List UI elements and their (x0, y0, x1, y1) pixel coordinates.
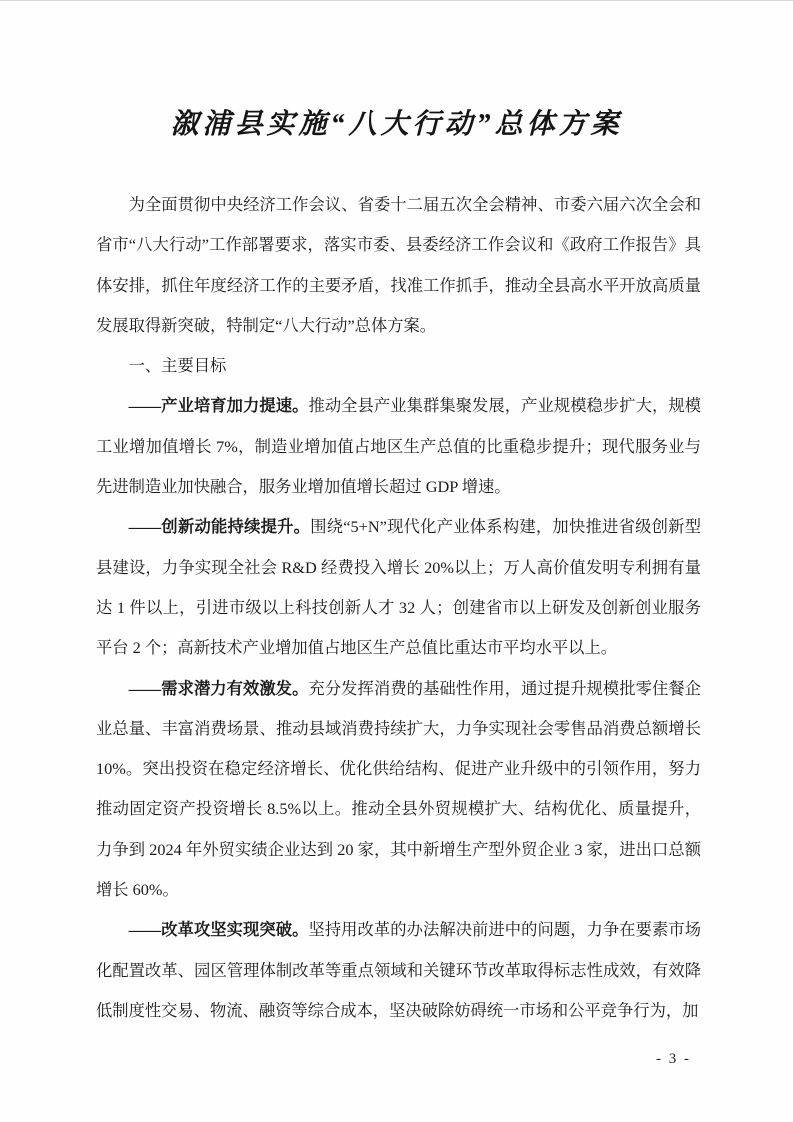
goal-text-demand: 充分发挥消费的基础性作用，通过提升规模批零住餐企业总量、丰富消费场景、推动县域消… (96, 679, 701, 899)
page-number: - 3 - (656, 1051, 691, 1068)
goal-lead-demand: ——需求潜力有效激发。 (129, 679, 309, 698)
goal-paragraph-reform: ——改革攻坚实现突破。坚持用改革的办法解决前进中的问题，力争在要素市场化配置改革… (96, 910, 701, 1031)
goal-lead-innovation: ——创新动能持续提升。 (129, 517, 311, 536)
goal-text-innovation: 围绕“5+N”现代化产业体系构建，加快推进省级创新型县建设，力争实现全社会 R&… (96, 517, 701, 657)
document-title: 溆浦县实施“八大行动”总体方案 (0, 1, 793, 151)
goal-paragraph-industry: ——产业培育加力提速。推动全县产业集群集聚发展，产业规模稳步扩大，规模工业增加值… (96, 386, 701, 507)
document-body: 为全面贯彻中央经济工作会议、省委十二届五次全会精神、市委六届六次全会和省市“八大… (0, 151, 793, 1031)
document-page: 溆浦县实施“八大行动”总体方案 为全面贯彻中央经济工作会议、省委十二届五次全会精… (0, 0, 793, 1122)
paragraph-intro: 为全面贯彻中央经济工作会议、省委十二届五次全会精神、市委六届六次全会和省市“八大… (96, 185, 701, 346)
section-heading-main-goals: 一、主要目标 (96, 346, 701, 386)
goal-paragraph-demand: ——需求潜力有效激发。充分发挥消费的基础性作用，通过提升规模批零住餐企业总量、丰… (96, 669, 701, 911)
goal-lead-reform: ——改革攻坚实现突破。 (129, 920, 309, 939)
goal-lead-industry: ——产业培育加力提速。 (129, 396, 309, 415)
goal-paragraph-innovation: ——创新动能持续提升。围绕“5+N”现代化产业体系构建，加快推进省级创新型县建设… (96, 507, 701, 668)
